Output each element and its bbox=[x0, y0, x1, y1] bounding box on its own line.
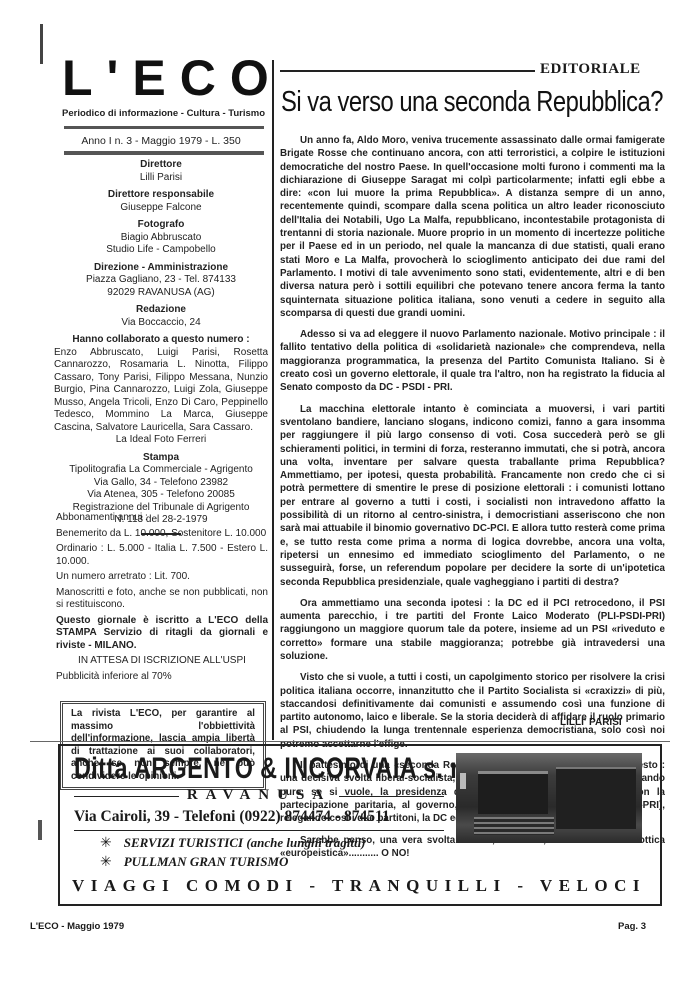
service-label: SERVIZI TURISTICI (anche lunghi tragitti… bbox=[124, 835, 366, 850]
staff-editorial-office: Redazione Via Boccaccio, 24 bbox=[52, 304, 270, 329]
column-divider bbox=[272, 60, 274, 740]
ad-city-row: RAVANUSA bbox=[74, 787, 444, 805]
ad-service: ✳PULLMAN GRAN TURISMO bbox=[100, 854, 288, 871]
bus-side bbox=[556, 767, 636, 829]
bus-photo bbox=[456, 753, 642, 843]
paragraph: Visto che si vuole, a tutti i costi, un … bbox=[280, 671, 665, 751]
bus-mirror bbox=[460, 773, 466, 789]
ad-title: Ditta ARGENTO & INCORVAIA s. r. l. bbox=[74, 752, 486, 786]
collaborators-heading: Hanno collaborato a questo numero : bbox=[52, 334, 270, 347]
subs-pubblicita: Pubblicità inferiore al 70% bbox=[56, 671, 268, 684]
tagline: Periodico di informazione - Cultura - Tu… bbox=[62, 108, 265, 119]
staff-administration: Direzione - Amministrazione Piazza Gagli… bbox=[52, 262, 270, 300]
headline: Si va verso una seconda Repubblica? bbox=[281, 86, 601, 119]
logo: L'ECO bbox=[62, 56, 262, 96]
paragraph: Un anno fa, Aldo Moro, veniva trucemente… bbox=[280, 134, 665, 320]
divider bbox=[64, 151, 264, 155]
paragraph: Adesso si va ad eleggere il nuovo Parlam… bbox=[280, 328, 665, 394]
subs-arretrato: Un numero arretrato : Lit. 700. bbox=[56, 571, 268, 584]
asterisk-icon: ✳ bbox=[100, 836, 112, 851]
divider bbox=[74, 796, 179, 797]
role-label: Direttore bbox=[52, 159, 270, 172]
bus-grille bbox=[474, 817, 554, 835]
collaborators: Hanno collaborato a questo numero : Enzo… bbox=[52, 334, 270, 447]
logo-text: L'ECO bbox=[62, 50, 283, 106]
address-line: Piazza Gagliano, 23 - Tel. 874133 bbox=[52, 274, 270, 287]
paragraph: Ora ammettiamo una seconda ipotesi : la … bbox=[280, 597, 665, 663]
subs-uspi: IN ATTESA DI ISCRIZIONE ALL'USPI bbox=[56, 655, 268, 668]
subscriptions: Abbonamenti annui : Benemerito da L. 10.… bbox=[56, 512, 268, 686]
role-label: Redazione bbox=[52, 304, 270, 317]
role-label: Fotografo bbox=[52, 219, 270, 232]
ad-service: ✳SERVIZI TURISTICI (anche lunghi tragitt… bbox=[100, 835, 366, 852]
ad-slogan: VIAGGI COMODI - TRANQUILLI - VELOCI bbox=[72, 876, 647, 896]
print-heading: Stampa bbox=[52, 452, 270, 465]
bus-windshield bbox=[478, 771, 548, 814]
photo-credit: La Ideal Foto Ferreri bbox=[52, 434, 270, 447]
asterisk-icon: ✳ bbox=[100, 855, 112, 870]
paragraph: La macchina elettorale intanto è cominci… bbox=[280, 403, 665, 589]
staff-box: Direttore Lilli Parisi Direttore respons… bbox=[52, 159, 270, 541]
section-rule bbox=[280, 70, 535, 72]
role-name: Studio Life - Campobello bbox=[52, 244, 270, 257]
page-number: Pag. 3 bbox=[618, 921, 646, 932]
role-label: Direzione - Amministrazione bbox=[52, 262, 270, 275]
staff-photographer: Fotografo Biagio Abbruscato Studio Life … bbox=[52, 219, 270, 257]
role-name: Lilli Parisi bbox=[52, 172, 270, 185]
subs-eco-stampa: Questo giornale è iscritto a L'ECO della… bbox=[56, 615, 268, 653]
subs-benemerito: Benemerito da L. 10.000, Sostenitore L. … bbox=[56, 528, 268, 541]
author-signature: LILLI' PARISI bbox=[560, 717, 622, 728]
subs-manoscritti: Manoscritti e foto, anche se non pubblic… bbox=[56, 587, 268, 612]
staff-director: Direttore Lilli Parisi bbox=[52, 159, 270, 184]
ad-address: Via Cairoli, 39 - Telefoni (0922) 874474… bbox=[74, 808, 390, 826]
masthead-column: L'ECO Periodico di informazione - Cultur… bbox=[52, 38, 270, 738]
subs-ordinario: Ordinario : L. 5.000 - Italia L. 7.500 -… bbox=[56, 543, 268, 568]
role-label: Direttore responsabile bbox=[52, 189, 270, 202]
footer-publication: L'ECO - Maggio 1979 bbox=[30, 921, 124, 932]
issue-info: Anno I n. 3 - Maggio 1979 - L. 350 bbox=[52, 135, 270, 147]
print-line: Tipolitografia La Commerciale - Agrigent… bbox=[52, 464, 270, 477]
address-line: Via Boccaccio, 24 bbox=[52, 317, 270, 330]
role-name: Giuseppe Falcone bbox=[52, 202, 270, 215]
ad-city: RAVANUSA bbox=[184, 787, 334, 804]
role-name: Biagio Abbruscato bbox=[52, 232, 270, 245]
divider bbox=[64, 126, 264, 129]
staff-responsible-director: Direttore responsabile Giuseppe Falcone bbox=[52, 189, 270, 214]
service-label: PULLMAN GRAN TURISMO bbox=[124, 854, 289, 869]
print-line: Via Gallo, 34 - Telefono 23982 bbox=[52, 477, 270, 490]
collaborators-list: Enzo Abbruscato, Luigi Parisi, Rosetta C… bbox=[52, 347, 270, 435]
divider bbox=[339, 796, 444, 797]
divider bbox=[30, 741, 670, 742]
subs-heading: Abbonamenti annui : bbox=[56, 512, 268, 525]
advertisement: Ditta ARGENTO & INCORVAIA s. r. l. RAVAN… bbox=[58, 744, 662, 906]
print-line: Via Atenea, 305 - Telefono 20085 bbox=[52, 489, 270, 502]
divider bbox=[74, 830, 444, 831]
scan-edge-mark bbox=[40, 24, 43, 64]
scan-edge-mark bbox=[38, 820, 42, 840]
section-label: EDITORIALE bbox=[540, 61, 641, 78]
address-line: 92029 RAVANUSA (AG) bbox=[52, 287, 270, 300]
